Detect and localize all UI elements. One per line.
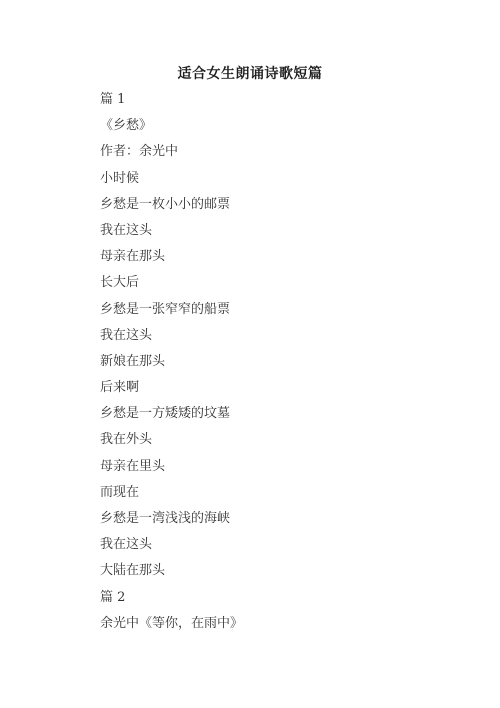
section-heading-1: 篇 1	[100, 90, 243, 116]
verse-line: 我在外头	[100, 430, 243, 456]
poem-body: 篇 1 《乡愁》 作者：余光中 小时候 乡愁是一枚小小的邮票 我在这头 母亲在那…	[100, 90, 243, 640]
verse-line: 我在这头	[100, 326, 243, 352]
document-page: 适合女生朗诵诗歌短篇 篇 1 《乡愁》 作者：余光中 小时候 乡愁是一枚小小的邮…	[0, 0, 500, 708]
poem-title: 《乡愁》	[100, 116, 243, 142]
verse-line: 大陆在那头	[100, 561, 243, 587]
verse-line: 我在这头	[100, 535, 243, 561]
section-heading-2: 篇 2	[100, 588, 243, 614]
verse-line: 乡愁是一张窄窄的船票	[100, 300, 243, 326]
verse-line: 后来啊	[100, 378, 243, 404]
verse-line: 我在这头	[100, 221, 243, 247]
verse-line: 小时候	[100, 169, 243, 195]
verse-line: 乡愁是一枚小小的邮票	[100, 195, 243, 221]
verse-line: 长大后	[100, 273, 243, 299]
verse-line: 而现在	[100, 483, 243, 509]
verse-line: 新娘在那头	[100, 352, 243, 378]
verse-line: 母亲在那头	[100, 247, 243, 273]
verse-line: 乡愁是一方矮矮的坟墓	[100, 404, 243, 430]
verse-line: 乡愁是一湾浅浅的海峡	[100, 509, 243, 535]
verse-line: 母亲在里头	[100, 457, 243, 483]
document-title: 适合女生朗诵诗歌短篇	[0, 63, 500, 83]
poem-title: 余光中《等你，在雨中》	[100, 614, 243, 640]
poem-author: 作者：余光中	[100, 142, 243, 168]
